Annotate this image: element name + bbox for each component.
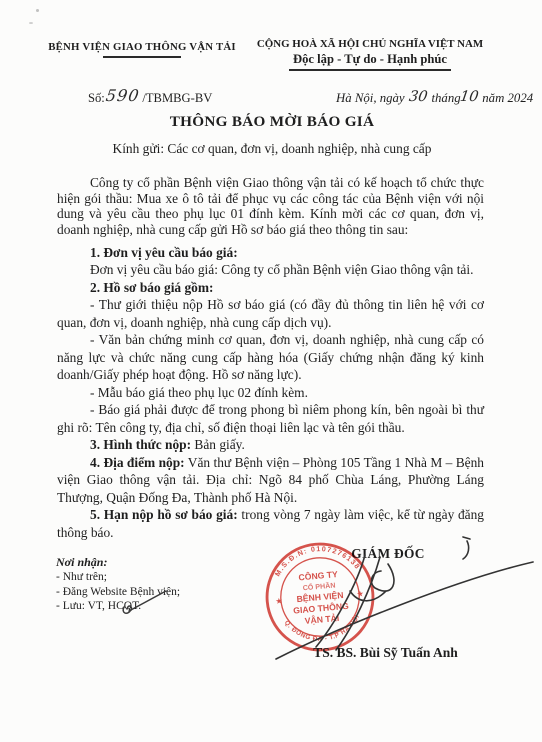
section-2-bullet-1: - Thư giới thiệu nộp Hồ sơ báo giá (có đ… xyxy=(57,296,484,331)
recipients-label: Nơi nhận: xyxy=(56,555,180,570)
date-suffix: năm 2024 xyxy=(482,91,533,105)
doc-number-handwritten: 590 xyxy=(104,86,140,105)
section-2-bullet-2: - Văn bản chứng minh cơ quan, đơn vị, do… xyxy=(57,331,484,384)
date-line: Hà Nội, ngày 30 tháng10 năm 2024 xyxy=(336,90,533,106)
stamp-star-left: ★ xyxy=(275,596,283,606)
nation-motto: Độc lập - Tự do - Hạnh phúc xyxy=(250,52,490,67)
salutation-line: Kính gửi: Các cơ quan, đơn vị, doanh ngh… xyxy=(57,141,487,157)
scan-speck xyxy=(36,9,39,12)
nation-title: CỘNG HOÀ XÃ HỘI CHỦ NGHĨA VIỆT NAM xyxy=(250,38,490,50)
motto-underline xyxy=(289,69,451,71)
date-mid: tháng xyxy=(431,91,460,105)
section-5: 5. Hạn nộp hồ sơ báo giá: trong vòng 7 n… xyxy=(57,506,484,541)
section-3: 3. Hình thức nộp: Bản giấy. xyxy=(57,436,484,454)
org-underline xyxy=(103,56,181,58)
stamp-center-line1: CÔNG TY xyxy=(298,568,338,582)
handwritten-paraph-icon xyxy=(118,585,198,619)
national-header: CỘNG HOÀ XÃ HỘI CHỦ NGHĨA VIỆT NAM Độc l… xyxy=(250,38,490,71)
section-1-text: Đơn vị yêu cầu báo giá: Công ty cổ phần … xyxy=(57,261,484,279)
document-title: THÔNG BÁO MỜI BÁO GIÁ xyxy=(57,113,487,131)
signer-name: TS. BS. Bùi Sỹ Tuấn Anh xyxy=(278,645,493,661)
official-stamp-icon: M.S.Đ.N: 0107276138 Q. ĐỐNG ĐA - T.P HÀ … xyxy=(259,536,380,657)
document-body: Công ty cổ phần Bệnh viện Giao thông vận… xyxy=(57,175,484,541)
document-number: Số:590/TBMBG-BV xyxy=(88,87,212,106)
document-page: BỆNH VIỆN GIAO THÔNG VẬN TẢI CỘNG HOÀ XÃ… xyxy=(0,0,542,742)
section-1-heading: 1. Đơn vị yêu cầu báo giá: xyxy=(57,244,484,262)
section-4: 4. Địa điểm nộp: Văn thư Bệnh viện – Phò… xyxy=(57,454,484,507)
doc-number-suffix: /TBMBG-BV xyxy=(142,91,212,105)
section-2-heading: 2. Hồ sơ báo giá gồm: xyxy=(57,279,484,297)
recipient-item: - Như trên; xyxy=(56,570,180,585)
date-day-handwritten: 30 xyxy=(408,89,429,105)
intro-paragraph: Công ty cổ phần Bệnh viện Giao thông vận… xyxy=(57,175,484,238)
date-month-handwritten: 10 xyxy=(459,89,480,105)
scan-speck xyxy=(29,22,33,24)
stamp-star-right: ★ xyxy=(356,589,364,599)
org-name: BỆNH VIỆN GIAO THÔNG VẬN TẢI xyxy=(36,41,248,53)
section-2-bullet-3: - Mẫu báo giá theo phụ lục 02 đính kèm. xyxy=(57,384,484,402)
section-2-bullet-4: - Báo giá phải được để trong phong bì ni… xyxy=(57,401,484,436)
doc-number-prefix: Số: xyxy=(88,91,105,105)
date-prefix: Hà Nội, ngày xyxy=(336,91,405,105)
issuing-org-header: BỆNH VIỆN GIAO THÔNG VẬN TẢI xyxy=(36,41,248,58)
